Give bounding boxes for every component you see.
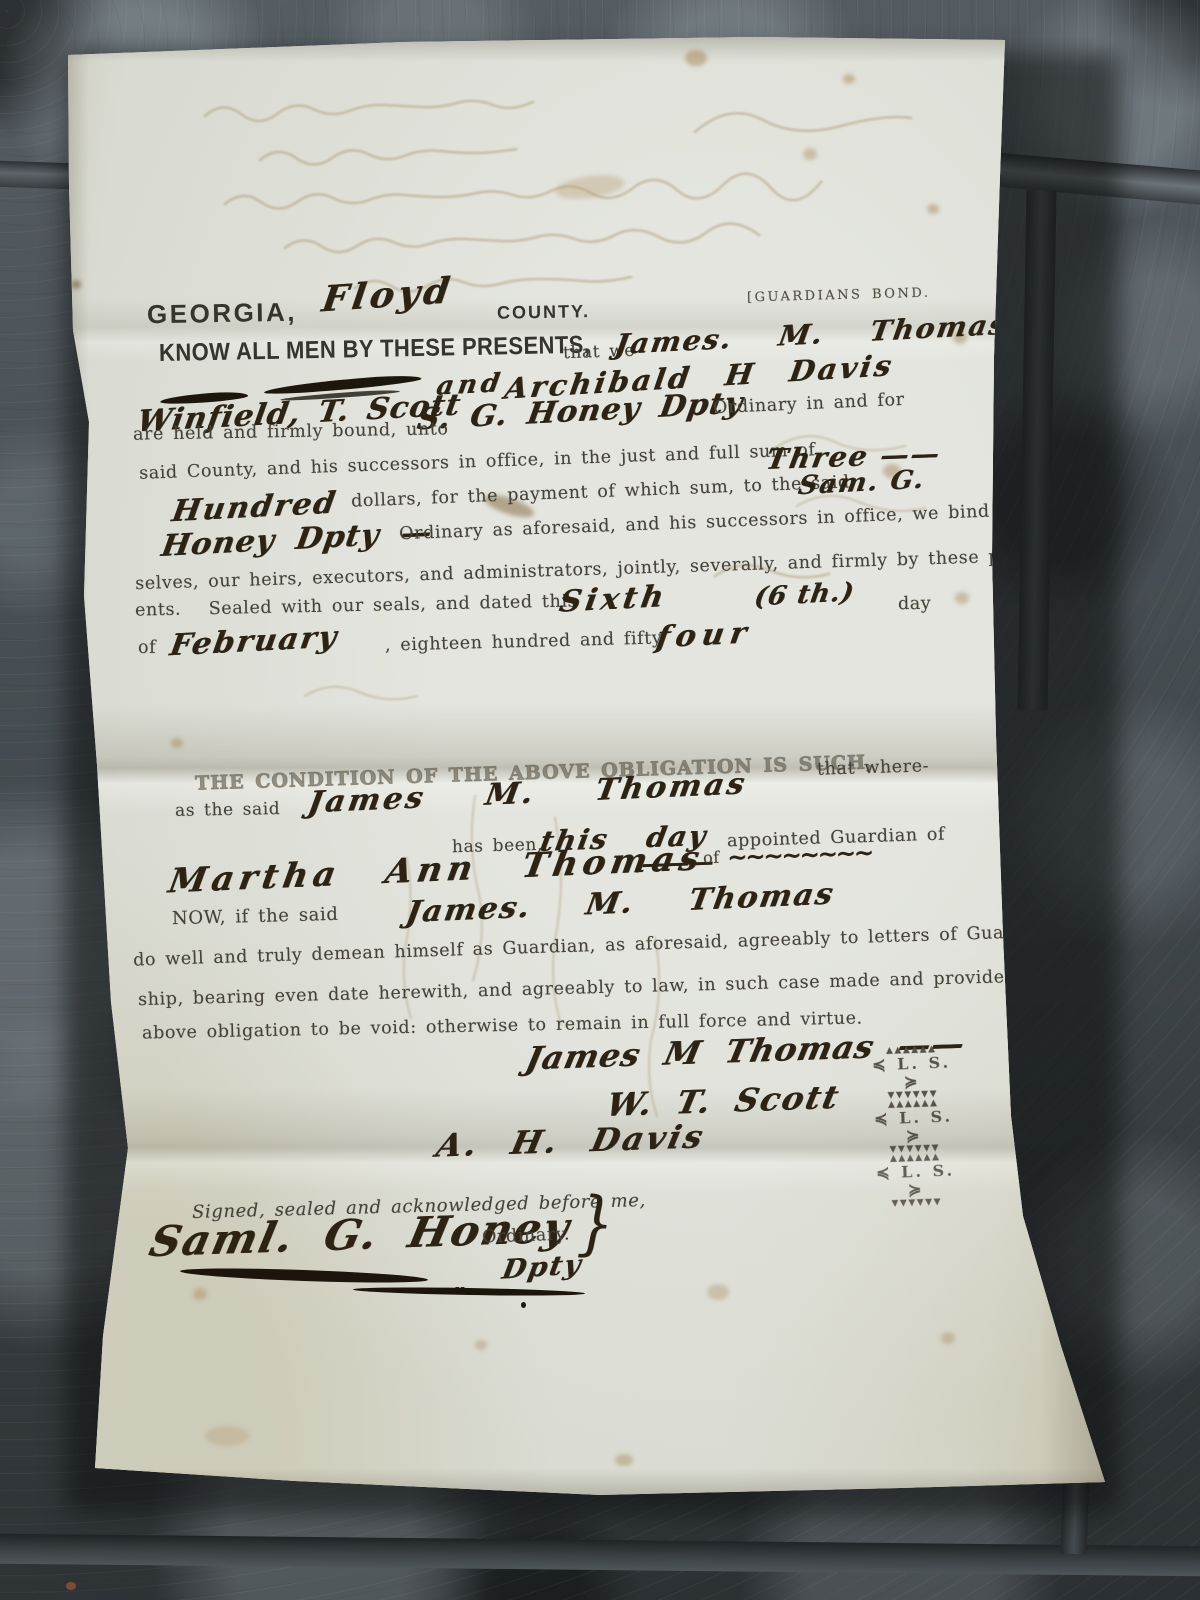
print-of: of [138,638,156,658]
print-ordinary-title: Ordinary. [482,1224,571,1247]
print-now-if-said: NOW, if the said [172,904,339,929]
print-day: day [898,594,932,615]
print-of-2: of [703,848,720,868]
county-heading: COUNTY. [497,301,590,324]
stain [71,280,81,289]
print-ship-bearing: ship, bearing even date herewith, and ag… [138,966,1063,1010]
stain [955,592,969,604]
print-as-the-said: as the said [175,799,281,821]
document-sheet: [GUARDIANS BOND. GEORGIA, Floyd COUNTY. … [55,36,1110,1498]
dpty-flourish [353,1286,585,1297]
signature-underline-flourish [180,1266,428,1286]
obligee2-handwritten: Sam. G. [796,465,928,502]
photo-of-document: [GUARDIANS BOND. GEORGIA, Floyd COUNTY. … [0,0,1200,1600]
presents-heading: KNOW ALL MEN BY THESE PRESENTS, [159,330,591,368]
stain [927,204,939,214]
day-number-handwritten: (6 th.) [752,577,856,612]
print-eighteen-fifty: , eighteen hundred and fifty [385,628,663,655]
year-handwritten: four [654,616,755,656]
stain [554,171,626,203]
seal-label: L. S. [899,1107,954,1128]
day-word-handwritten: Sixth [557,579,670,620]
seal-3: ▲▲▲▲▲▲ ≼ L. S. ≽ ▼▼▼▼▼▼ [874,1153,958,1210]
stain [205,1426,249,1446]
dpty-handwritten: Dpty [500,1249,585,1285]
dash-handwritten: .——— [633,847,714,879]
county-name-handwritten: Floyd [319,270,456,321]
seal-1: ▲▲▲▲▲▲ ≼ L. S. ≽ ▼▼▼▼▼▼ [870,1045,954,1102]
print-bound: are held and firmly bound, unto [133,419,449,445]
stain [707,1284,729,1300]
stain [803,148,817,160]
print-dollars: dollars, for the payment of which sum, t… [351,472,850,511]
print-that-where: that where- [817,756,930,780]
print-demean: do well and truly demean himself as Guar… [133,921,1061,970]
stain [685,50,707,66]
stain [171,738,183,748]
stain [193,1288,207,1300]
grout-line-left [0,161,74,190]
seal-2: ▲▲▲▲▲▲ ≼ L. S. ≽ ▼▼▼▼▼▼ [872,1099,956,1156]
seal-label: L. S. [901,1161,956,1182]
seal-ornament: ▼▼▼▼▼▼ [876,1198,958,1210]
month-handwritten: February [167,620,340,664]
stain [615,1454,633,1466]
form-tag: [GUARDIANS BOND. [747,286,931,306]
seal-label: L. S. [897,1053,952,1074]
signature-2: W. T. Scott [603,1078,844,1124]
squiggle-handwritten: ~~~~~~~~ [727,837,873,871]
print-ents-sealed: ents. Sealed with our seals, and dated t… [135,591,578,620]
ink-speck [521,1302,526,1308]
state-heading: GEORGIA, [147,297,298,331]
stain [941,1332,955,1344]
signature-3: A. H. Davis [433,1117,709,1164]
stain [843,74,855,84]
brick-speck [66,1582,76,1590]
stain [475,1340,487,1350]
